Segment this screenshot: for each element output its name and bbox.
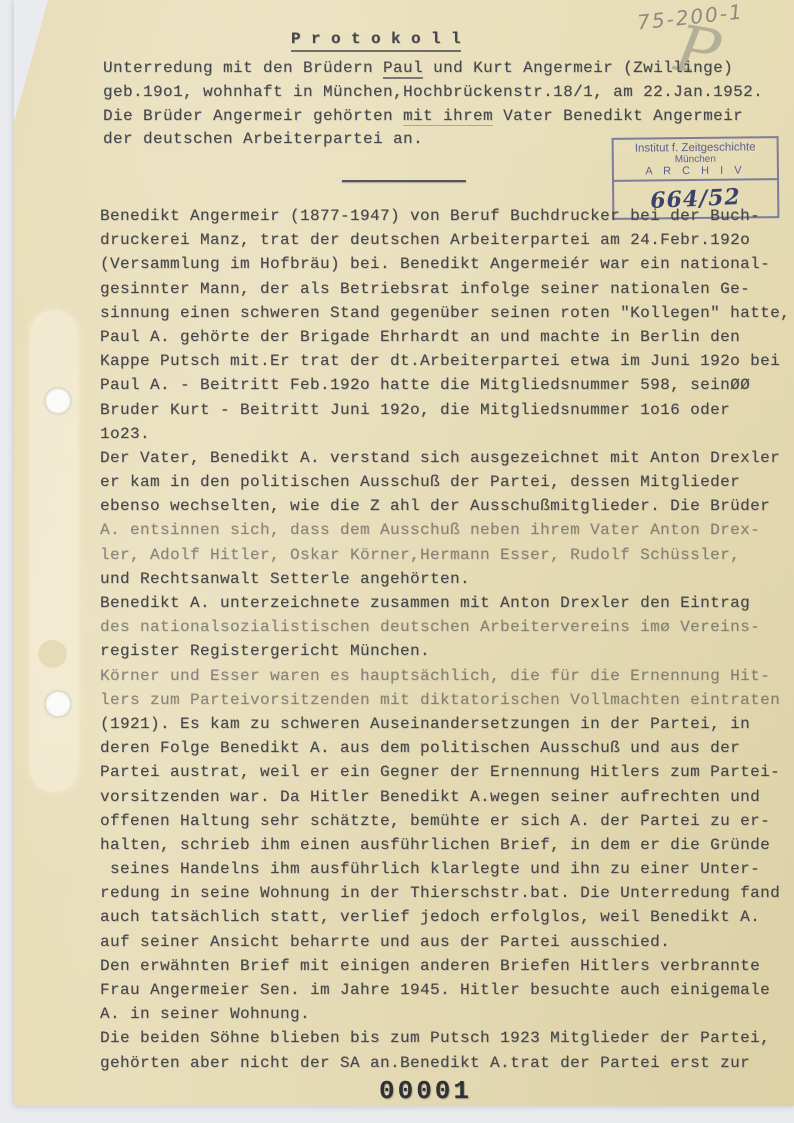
typed-line: und Rechtsanwalt Setterle angehörten. — [100, 567, 790, 591]
intro-line-3: Die Brüder Angermeir gehörten mit ihrem … — [103, 105, 763, 129]
typed-line: offenen Haltung sehr schätzte, bemühte e… — [100, 809, 790, 833]
archive-stamp-text: Institut f. Zeitgeschichte München A R C… — [614, 138, 777, 180]
typed-line: Körner und Esser waren es hauptsächlich,… — [100, 664, 790, 688]
section-divider-line — [342, 180, 466, 182]
typed-line: Den erwähnten Brief mit einigen anderen … — [100, 954, 790, 978]
page-number-stamp: 00001 — [379, 1076, 472, 1106]
typed-line: Der Vater, Benedikt A. verstand sich aus… — [100, 446, 790, 470]
typed-line: (Versammlung im Hofbräu) bei. Benedikt A… — [100, 252, 790, 276]
typed-line: Paul A. - Beitritt Feb.192o hatte die Mi… — [100, 373, 790, 397]
intro-line-1-text: Unterredung mit den Brüdern — [103, 59, 383, 77]
typed-line: Benedikt A. unterzeichnete zusammen mit … — [100, 591, 790, 615]
typed-line: A. entsinnen sich, dass dem Ausschuß neb… — [100, 518, 790, 542]
typed-line: vorsitzenden war. Da Hitler Benedikt A.w… — [100, 785, 790, 809]
typed-line: druckerei Manz, trat der deutschen Arbei… — [100, 228, 790, 252]
underlined-phrase: mit ihrem — [403, 107, 493, 126]
typed-line: 1o23. — [100, 422, 790, 446]
hole-punch-ghost — [38, 640, 67, 668]
typed-line: ebenso wechselten, wie die Z ahl der Aus… — [100, 494, 790, 518]
typed-line: seines Handelns ihm ausführlich klarlegt… — [100, 857, 790, 881]
typed-line: A. in seiner Wohnung. — [100, 1002, 790, 1026]
typed-line: redung in seine Wohnung in der Thierschs… — [100, 881, 790, 905]
typed-line: Benedikt Angermeir (1877-1947) von Beruf… — [100, 204, 790, 228]
typed-line: auch tatsächlich statt, verlief jedoch e… — [100, 905, 790, 929]
typed-line: Paul A. gehörte der Brigade Ehrhardt an … — [100, 325, 790, 349]
intro-line-1: Unterredung mit den Brüdern Paul und Kur… — [103, 57, 763, 81]
underlined-name-paul: Paul — [383, 59, 423, 79]
typed-line: lers zum Parteivorsitzenden mit diktator… — [100, 688, 790, 712]
document-body: Benedikt Angermeir (1877-1947) von Beruf… — [100, 204, 790, 1075]
intro-line-3-text: Die Brüder Angermeir gehörten — [103, 107, 403, 125]
typed-line: gesinnter Mann, der als Betriebsrat info… — [100, 277, 790, 301]
intro-line-2: geb.19o1, wohnhaft in München,Hochbrücke… — [103, 81, 763, 105]
hole-punch-top — [45, 388, 71, 414]
typed-line: sinnung einen schweren Stand gegenüber s… — [100, 301, 790, 325]
document-title: P r o t o k o l l — [291, 30, 461, 52]
typed-line: register Registergericht München. — [100, 639, 790, 663]
typed-line: Frau Angermeier Sen. im Jahre 1945. Hitl… — [100, 978, 790, 1002]
typed-line: Kappe Putsch mit.Er trat der dt.Arbeiter… — [100, 349, 790, 373]
typed-line: auf seiner Ansicht beharrte und aus der … — [100, 930, 790, 954]
intro-line-1-rest: und Kurt Angermeir (Zwillinge) — [423, 59, 733, 77]
typed-line: deren Folge Benedikt A. aus dem politisc… — [100, 736, 790, 760]
typed-line: Bruder Kurt - Beitritt Juni 192o, die Mi… — [100, 398, 790, 422]
typed-line: Die beiden Söhne blieben bis zum Putsch … — [100, 1026, 790, 1050]
typed-line: halten, schrieb ihm einen ausführlichen … — [100, 833, 790, 857]
typed-line: gehörten aber nicht der SA an.Benedikt A… — [100, 1051, 790, 1075]
typed-line: des nationalsozialistischen deutschen Ar… — [100, 615, 790, 639]
reinforcement-strip — [30, 310, 78, 792]
typed-line: Partei austrat, weil er ein Gegner der E… — [100, 760, 790, 784]
scanned-document-page: 75-200-1 P P r o t o k o l l Unterredung… — [0, 0, 794, 1123]
hole-punch-bottom — [45, 691, 71, 717]
stamp-institution-name: Institut f. Zeitgeschichte — [614, 138, 777, 155]
intro-line-3-rest: Vater Benedikt Angermeir — [493, 107, 743, 125]
typed-line: (1921). Es kam zu schweren Auseinanderse… — [100, 712, 790, 736]
typed-line: er kam in den politischen Ausschuß der P… — [100, 470, 790, 494]
typed-line: ler, Adolf Hitler, Oskar Körner,Hermann … — [100, 543, 790, 567]
